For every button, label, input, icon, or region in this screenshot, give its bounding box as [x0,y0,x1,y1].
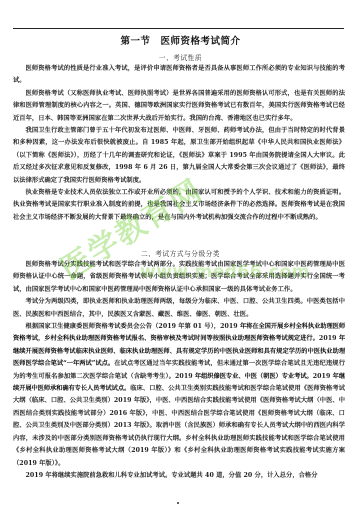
paragraph: 医师资格考试（又称医师执业考试、医师执照考试）是世界各国普遍采用的医师资格认可形… [13,88,345,125]
text-run: 2019 [319,335,339,342]
section-heading-1: 一、考试性质 [0,52,361,62]
paragraph: 考试分为两级四类，即执业医师和执业助理医师两级，每级分为临床、中医、口腔、公共卫… [13,296,345,321]
paragraph: 医师资格考试分实践技能考试和医学综合考试两部分。实践技能考试由国家医学考试中心和… [13,259,345,296]
page-marker [177,502,179,504]
text-run: 根据国家卫生健康委医师资格考试委员会公告（2019 年第 01 号），2019 [26,323,240,330]
emphasis-run: 年组织傣医专业、中医（朝医）专业考试。 [195,373,313,380]
paragraph: 执业资格是专业技术人员依法独立工作或开业所必须的，由国家认可和授予的个人学识、技… [13,187,345,224]
chapter-name: 医师资格考试简介 [161,36,241,47]
header-rule [13,28,344,29]
document-page: 第一节医师资格考试简介 一、考试性质 医师资格考试的性质是行业准入考试，是评价申… [0,0,361,509]
text-run: 临床、口腔、公共卫生类别实践技能考试和医学综合笔试使用《医师资格考试大纲（临床、… [13,385,345,466]
paragraph: 我国卫生行政主管部门曾于五十年代初发布过医师、中医师、牙医师、药师考试办法，但由… [13,125,345,187]
section-heading-2: 二、考试方式与分级分类 [0,248,361,258]
text-run: 2019 [313,373,333,380]
section-1-body: 医师资格考试的性质是行业准入考试，是评价申请医师资格者是否具备从事医师工作所必须… [13,63,345,224]
section-2-body: 医师资格考试分实践技能考试和医学综合考试两部分。实践技能考试由国家医学考试中心和… [13,259,345,482]
rich-paragraph: 根据国家卫生健康委医师资格考试委员会公告（2019 年第 01 号），2019 … [13,321,345,470]
paragraph: 医师资格考试的性质是行业准入考试，是评价申请医师资格者是否具备从事医师工作所必须… [13,63,345,88]
paragraph: 2019 年将继续实施院前急救和儿科专业加试考试。专业试题共 40 道，分值 2… [13,470,345,482]
chapter-title: 第一节医师资格考试简介 [0,33,361,47]
chapter-number: 第一节 [120,36,150,47]
